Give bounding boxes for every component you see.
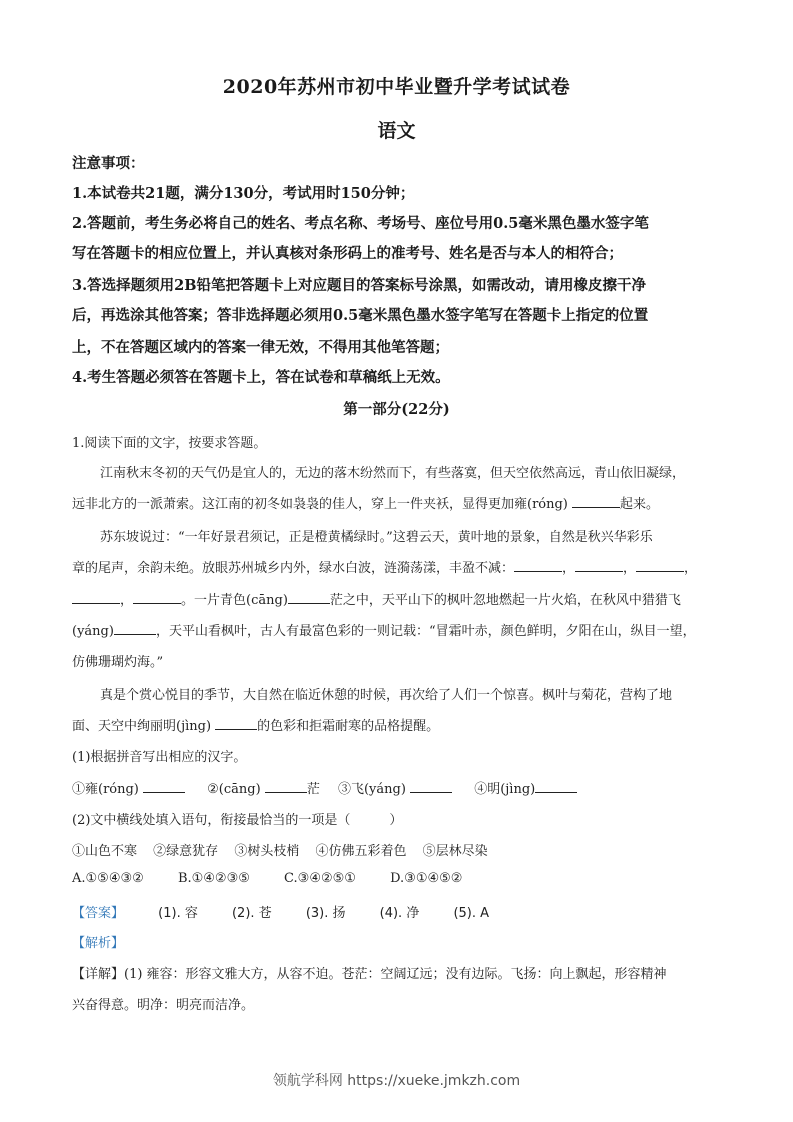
fill-blank	[572, 495, 620, 508]
phrase-option: ⑤层林尽染	[423, 840, 488, 859]
choice-d: D.③①④⑤②	[390, 871, 462, 886]
fill-blank	[410, 780, 452, 793]
passage-text: 的色彩和拒霜耐寒的品格提醒。	[257, 719, 439, 734]
passage-text: (yáng)	[72, 624, 114, 639]
answer-label: 【答案】	[72, 906, 124, 921]
passage-text: 远非北方的一派萧索。这江南的初冬如袅袅的佳人，穿上一件夹袄，显得更加雍(róng…	[72, 497, 572, 512]
answer-item: (2). 苍	[232, 902, 272, 921]
page-subtitle: 语文	[0, 116, 793, 143]
passage-line: ，。一片青色(cāng)茫之中，天平山下的枫叶忽地燃起一片火焰，在秋风中猎猎飞	[72, 589, 681, 608]
passage-line: 苏东坡说过：“一年好景君须记，正是橙黄橘绿时。”这碧云天，黄叶地的景象，自然是秋…	[100, 526, 653, 545]
separator: ，	[120, 593, 133, 608]
passage-text: ，天平山看枫叶，古人有最富色彩的一则记载：“冒霜叶赤，颜色鲜明，夕阳在山，纵目一…	[156, 624, 696, 639]
phrase-option: ③树头枝梢	[234, 840, 299, 859]
fill-blank	[636, 559, 684, 572]
answer-choices: A.①⑤④③② B.①④②③⑤ C.③④②⑤① D.③①④⑤②	[72, 871, 492, 886]
fill-blank	[575, 559, 623, 572]
passage-line: 面、天空中绚丽明(jìng) 的色彩和拒霜耐寒的品格提醒。	[72, 715, 439, 734]
notice-line: 2.答题前，考生务必将自己的姓名、考点名称、考场号、座位号用0.5毫米黑色墨水签…	[72, 212, 649, 233]
passage-line: 远非北方的一派萧索。这江南的初冬如袅袅的佳人，穿上一件夹袄，显得更加雍(róng…	[72, 493, 659, 512]
pinyin-item: ④明(jìng)	[474, 782, 535, 797]
passage-line: (yáng)，天平山看枫叶，古人有最富色彩的一则记载：“冒霜叶赤，颜色鲜明，夕阳…	[72, 620, 696, 639]
answer-item: (1). 容	[158, 902, 198, 921]
phrase-options: ①山色不寒 ②绿意犹存 ③树头枝梢 ④仿佛五彩着色 ⑤层林尽染	[72, 840, 500, 859]
fill-blank	[535, 780, 577, 793]
passage-text: 面、天空中绚丽明(jìng)	[72, 719, 215, 734]
pinyin-item: 茫	[307, 782, 320, 797]
answer-item: (5). A	[453, 906, 489, 921]
passage-line: 真是个赏心悦目的季节，大自然在临近休憩的时候，再次给了人们一个惊喜。枫叶与菊花，…	[100, 684, 672, 703]
notice-line: 上，不在答题区域内的答案一律无效，不得用其他笔答题；	[72, 336, 449, 357]
fill-blank	[514, 559, 562, 572]
passage-text: 起来。	[620, 497, 659, 512]
passage-line: 章的尾声，余韵未绝。放眼苏州城乡内外，绿水白波，涟漪荡漾，丰盈不减：，，，	[72, 557, 697, 576]
notice-heading: 注意事项：	[72, 152, 145, 173]
fill-blank	[143, 780, 185, 793]
separator: ，	[623, 561, 636, 576]
phrase-option: ①山色不寒	[72, 840, 137, 859]
separator: ，	[562, 561, 575, 576]
notice-line: 1.本试卷共21题，满分130分，考试用时150分钟；	[72, 182, 414, 203]
passage-line: 仿佛珊瑚灼海。”	[72, 651, 163, 670]
pinyin-items: ①雍(róng) ②(cāng) 茫 ③飞(yáng) ④明(jìng)	[72, 778, 577, 797]
analysis-label: 【解析】	[72, 936, 124, 951]
phrase-option: ④仿佛五彩着色	[315, 840, 406, 859]
analysis-row: 【解析】	[72, 932, 124, 951]
pinyin-item: ①雍(róng)	[72, 782, 143, 797]
notice-line: 后，再选涂其他答案；答非选择题必须用0.5毫米黑色墨水签字笔写在答题卡上指定的位…	[72, 304, 648, 325]
fill-blank	[133, 591, 181, 604]
fill-blank	[288, 591, 330, 604]
sub-question-1: (1)根据拼音写出相应的汉字。	[72, 746, 246, 765]
question-prompt: 1.阅读下面的文字，按要求答题。	[72, 432, 266, 451]
pinyin-item: ②(cāng)	[207, 782, 265, 797]
notice-line: 写在答题卡的相应位置上，并认真核对条形码上的准考号、姓名是否与本人的相符合；	[72, 242, 623, 263]
section-heading: 第一部分(22分)	[0, 398, 793, 419]
notice-line: 3.答选择题须用2B铅笔把答题卡上对应题目的答案标号涂黑，如需改动，请用橡皮擦干…	[72, 274, 646, 295]
passage-text: 。一片青色(cāng)	[181, 593, 288, 608]
exam-page: 2020年苏州市初中毕业暨升学考试试卷 语文 注意事项： 1.本试卷共21题，满…	[0, 0, 793, 1122]
passage-text: 茫之中，天平山下的枫叶忽地燃起一片火焰，在秋风中猎猎飞	[330, 593, 681, 608]
fill-blank	[72, 591, 120, 604]
sub-question-2: (2)文中横线处填入语句，衔接最恰当的一项是（ ）	[72, 809, 402, 828]
pinyin-item: ③飞(yáng)	[338, 782, 410, 797]
choice-a: A.①⑤④③②	[72, 871, 144, 886]
passage-text: 章的尾声，余韵未绝。放眼苏州城乡内外，绿水白波，涟漪荡漾，丰盈不减：	[72, 561, 514, 576]
page-title: 2020年苏州市初中毕业暨升学考试试卷	[0, 72, 793, 99]
detail-line: 兴奋得意。明净：明亮而洁净。	[72, 994, 254, 1013]
answer-item: (3). 扬	[306, 902, 346, 921]
choice-c: C.③④②⑤①	[284, 871, 356, 886]
detail-line: 【详解】(1) 雍容：形容文雅大方，从容不迫。苍茫：空阔辽远；没有边际。飞扬：向…	[72, 963, 667, 982]
notice-line: 4.考生答题必须答在答题卡上，答在试卷和草稿纸上无效。	[72, 366, 450, 387]
footer-watermark: 领航学科网 https://xueke.jmkzh.com	[0, 1070, 793, 1090]
choice-b: B.①④②③⑤	[178, 871, 250, 886]
fill-blank	[215, 717, 257, 730]
separator: ，	[684, 561, 697, 576]
answer-item: (4). 净	[380, 902, 420, 921]
answer-row: 【答案】 (1). 容 (2). 苍 (3). 扬 (4). 净 (5). A	[72, 902, 489, 921]
passage-line: 江南秋末冬初的天气仍是宜人的，无边的落木纷然而下，有些落寞，但天空依然高远，青山…	[100, 462, 685, 481]
fill-blank	[114, 622, 156, 635]
fill-blank	[265, 780, 307, 793]
phrase-option: ②绿意犹存	[153, 840, 218, 859]
